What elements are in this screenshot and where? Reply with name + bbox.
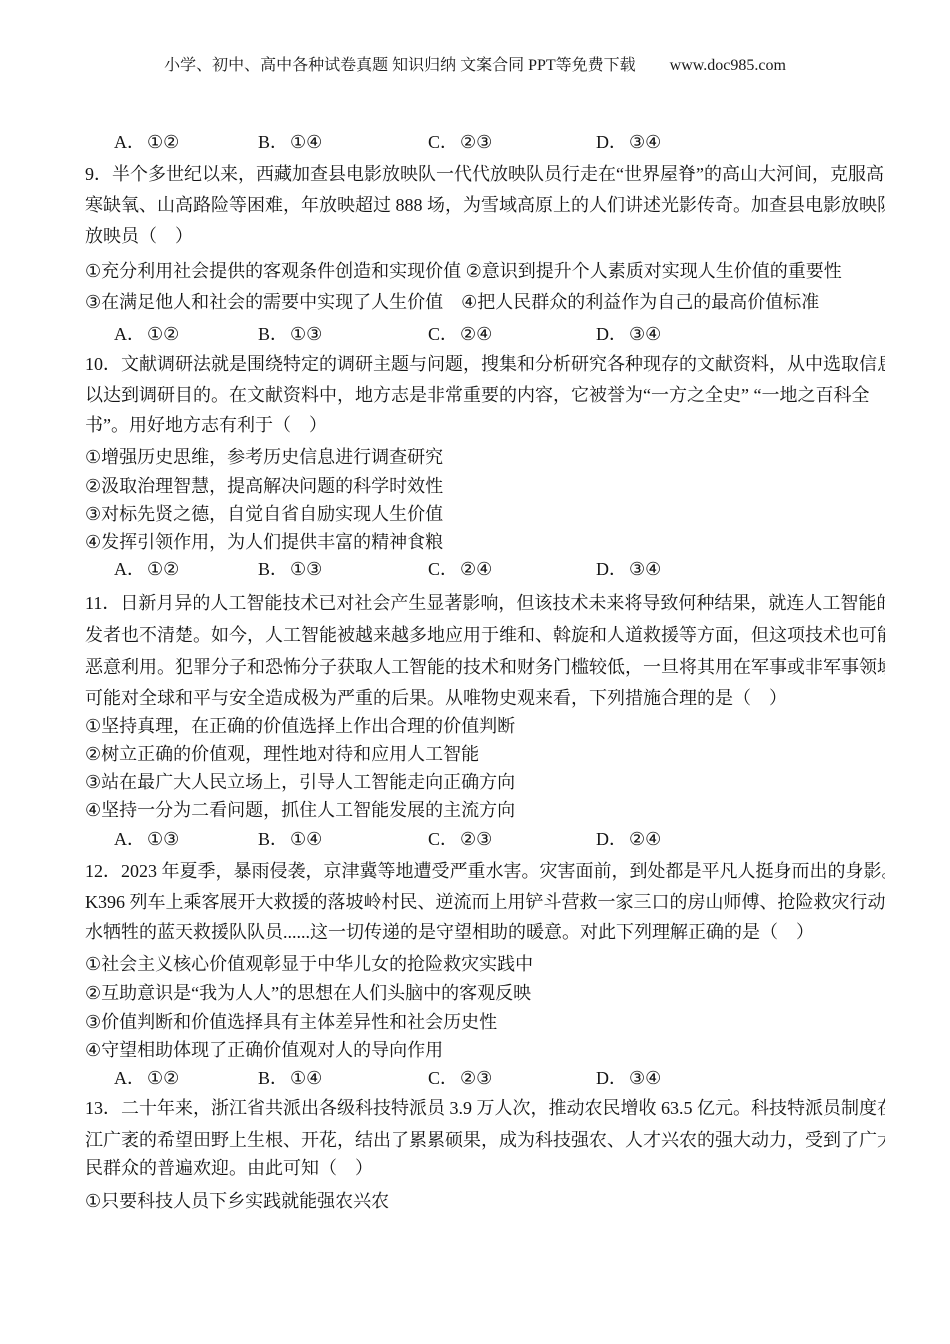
answer-option-b: B．①③ [258, 557, 322, 581]
q12-choice-line-2: ②互助意识是“我为人人”的思想在人们头脑中的客观反映 [85, 981, 885, 1005]
option-letter-a: A． [114, 559, 145, 579]
q12-choice-line-1: ①社会主义核心价值观彰显于中华儿女的抢险救灾实践中 [85, 952, 885, 976]
option-value-b: ①④ [290, 829, 322, 849]
option-value-c: ②③ [460, 829, 492, 849]
q11-stem-line-1: 11．日新月异的人工智能技术已对社会产生显著影响，但该技术未来将导致何种结果，就… [85, 591, 885, 615]
option-value-d: ③④ [629, 559, 661, 579]
q11-stem-line-4: 可能对全球和平与安全造成极为严重的后果。从唯物史观来看，下列措施合理的是（ ） [85, 686, 885, 710]
option-value-d: ③④ [629, 132, 661, 152]
page-header: 小学、初中、高中各种试卷真题 知识归纳 文案合同 PPT等免费下载www.doc… [0, 52, 950, 75]
option-value-c: ②④ [460, 324, 492, 344]
q12-stem-line-1: 12．2023 年夏季，暴雨侵袭，京津冀等地遭受严重水害。灾害面前，到处都是平凡… [85, 859, 885, 883]
answer-option-a: A．①② [114, 322, 179, 346]
answer-option-a: A．①③ [114, 827, 179, 851]
q11-choice-line-2: ②树立正确的价值观，理性地对待和应用人工智能 [85, 742, 885, 766]
option-value-a: ①② [147, 324, 179, 344]
option-value-b: ①③ [290, 324, 322, 344]
answer-option-d: D．③④ [596, 557, 661, 581]
q13-stem-line-2: 江广袤的希望田野上生根、开花，结出了累累硕果，成为科技强农、人才兴农的强大动力，… [85, 1128, 885, 1152]
option-letter-d: D． [596, 132, 627, 152]
answer-option-d: D．③④ [596, 322, 661, 346]
option-value-c: ②③ [460, 132, 492, 152]
option-letter-c: C． [428, 132, 458, 152]
option-letter-d: D． [596, 324, 627, 344]
answer-option-c: C．②④ [428, 322, 492, 346]
q13-stem-line-1: 13．二十年来，浙江省共派出各级科技特派员 3.9 万人次，推动农民增收 63.… [85, 1096, 885, 1120]
carryover-answer-options-row: A．①② B．①④ C．②③ D．③④ [85, 130, 885, 156]
option-letter-d: D． [596, 1068, 627, 1088]
q12-choice-line-3: ③价值判断和价值选择具有主体差异性和社会历史性 [85, 1010, 885, 1034]
q12-answer-options-row: A．①② B．①④ C．②③ D．③④ [85, 1066, 885, 1092]
answer-option-d: D．②④ [596, 827, 661, 851]
option-letter-a: A． [114, 829, 145, 849]
q12-choice-line-4: ④守望相助体现了正确价值观对人的导向作用 [85, 1038, 885, 1062]
option-letter-b: B． [258, 829, 288, 849]
answer-option-b: B．①③ [258, 322, 322, 346]
option-value-d: ③④ [629, 324, 661, 344]
option-value-a: ①② [147, 559, 179, 579]
option-letter-d: D． [596, 829, 627, 849]
option-letter-d: D． [596, 559, 627, 579]
header-watermark-text: 小学、初中、高中各种试卷真题 知识归纳 文案合同 PPT等免费下载 [164, 57, 636, 74]
answer-option-a: A．①② [114, 557, 179, 581]
q11-stem-line-2: 发者也不清楚。如今，人工智能被越来越多地应用于维和、斡旋和人道救援等方面，但这项… [85, 623, 885, 647]
answer-option-c: C．②③ [428, 827, 492, 851]
answer-option-c: C．②③ [428, 1066, 492, 1090]
option-letter-c: C． [428, 559, 458, 579]
q10-choice-line-4: ④发挥引领作用，为人们提供丰富的精神食粮 [85, 530, 885, 554]
q13-stem-line-3: 民群众的普遍欢迎。由此可知（ ） [85, 1156, 885, 1180]
q9-stem-line-3: 放映员（ ） [85, 224, 885, 248]
q11-choice-line-4: ④坚持一分为二看问题，抓住人工智能发展的主流方向 [85, 798, 885, 822]
option-value-b: ①④ [290, 132, 322, 152]
header-site-url: www.doc985.com [670, 57, 786, 74]
answer-option-a: A．①② [114, 1066, 179, 1090]
answer-option-c: C．②④ [428, 557, 492, 581]
option-value-c: ②③ [460, 1068, 492, 1088]
answer-option-b: B．①④ [258, 1066, 322, 1090]
q9-choice-line-2: ③在满足他人和社会的需要中实现了人生价值 ④把人民群众的利益作为自己的最高价值标… [85, 290, 885, 314]
answer-option-c: C．②③ [428, 130, 492, 154]
option-letter-c: C． [428, 1068, 458, 1088]
q11-choice-line-1: ①坚持真理，在正确的价值选择上作出合理的价值判断 [85, 714, 885, 738]
q10-stem-line-2: 以达到调研目的。在文献资料中，地方志是非常重要的内容，它被誉为“一方之全史” “… [85, 383, 885, 407]
option-letter-a: A． [114, 324, 145, 344]
q12-stem-line-2: K396 列车上乘客展开大救援的落坡岭村民、逆流而上用铲斗营救一家三口的房山师傅… [85, 890, 885, 914]
answer-option-d: D．③④ [596, 130, 661, 154]
option-value-c: ②④ [460, 559, 492, 579]
option-letter-c: C． [428, 324, 458, 344]
q9-stem-line-2: 寒缺氧、山高路险等困难，年放映超过 888 场，为雪域高原上的人们讲述光影传奇。… [85, 193, 885, 217]
answer-option-a: A．①② [114, 130, 179, 154]
q9-answer-options-row: A．①② B．①③ C．②④ D．③④ [85, 322, 885, 348]
option-letter-b: B． [258, 132, 288, 152]
q9-stem-line-1: 9．半个多世纪以来，西藏加查县电影放映队一代代放映队员行走在“世界屋脊”的高山大… [85, 162, 885, 186]
option-value-a: ①② [147, 1068, 179, 1088]
answer-option-d: D．③④ [596, 1066, 661, 1090]
option-letter-b: B． [258, 559, 288, 579]
q11-choice-line-3: ③站在最广大人民立场上，引导人工智能走向正确方向 [85, 770, 885, 794]
exam-paper-page: 小学、初中、高中各种试卷真题 知识归纳 文案合同 PPT等免费下载www.doc… [0, 0, 950, 1344]
q10-choice-line-3: ③对标先贤之德，自觉自省自励实现人生价值 [85, 502, 885, 526]
q12-stem-line-3: 水牺牲的蓝天救援队队员......这一切传递的是守望相助的暖意。对此下列理解正确… [85, 920, 885, 944]
option-value-b: ①③ [290, 559, 322, 579]
q10-stem-line-3: 书”。用好地方志有利于（ ） [85, 413, 885, 437]
q10-stem-line-1: 10．文献调研法就是围绕特定的调研主题与问题，搜集和分析研究各种现存的文献资料，… [85, 352, 885, 376]
q9-choice-line-1: ①充分利用社会提供的客观条件创造和实现价值 ②意识到提升个人素质对实现人生价值的… [85, 259, 885, 283]
option-letter-b: B． [258, 1068, 288, 1088]
q11-answer-options-row: A．①③ B．①④ C．②③ D．②④ [85, 827, 885, 853]
option-value-b: ①④ [290, 1068, 322, 1088]
q11-stem-line-3: 恶意利用。犯罪分子和恐怖分子获取人工智能的技术和财务门槛较低，一旦将其用在军事或… [85, 655, 885, 679]
answer-option-b: B．①④ [258, 130, 322, 154]
q10-answer-options-row: A．①② B．①③ C．②④ D．③④ [85, 557, 885, 583]
q13-choice-line-1: ①只要科技人员下乡实践就能强农兴农 [85, 1189, 885, 1213]
option-letter-a: A． [114, 1068, 145, 1088]
option-letter-c: C． [428, 829, 458, 849]
q10-choice-line-1: ①增强历史思维，参考历史信息进行调查研究 [85, 445, 885, 469]
option-letter-a: A． [114, 132, 145, 152]
option-letter-b: B． [258, 324, 288, 344]
option-value-a: ①② [147, 132, 179, 152]
option-value-d: ②④ [629, 829, 661, 849]
answer-option-b: B．①④ [258, 827, 322, 851]
option-value-a: ①③ [147, 829, 179, 849]
q10-choice-line-2: ②汲取治理智慧，提高解决问题的科学时效性 [85, 474, 885, 498]
option-value-d: ③④ [629, 1068, 661, 1088]
